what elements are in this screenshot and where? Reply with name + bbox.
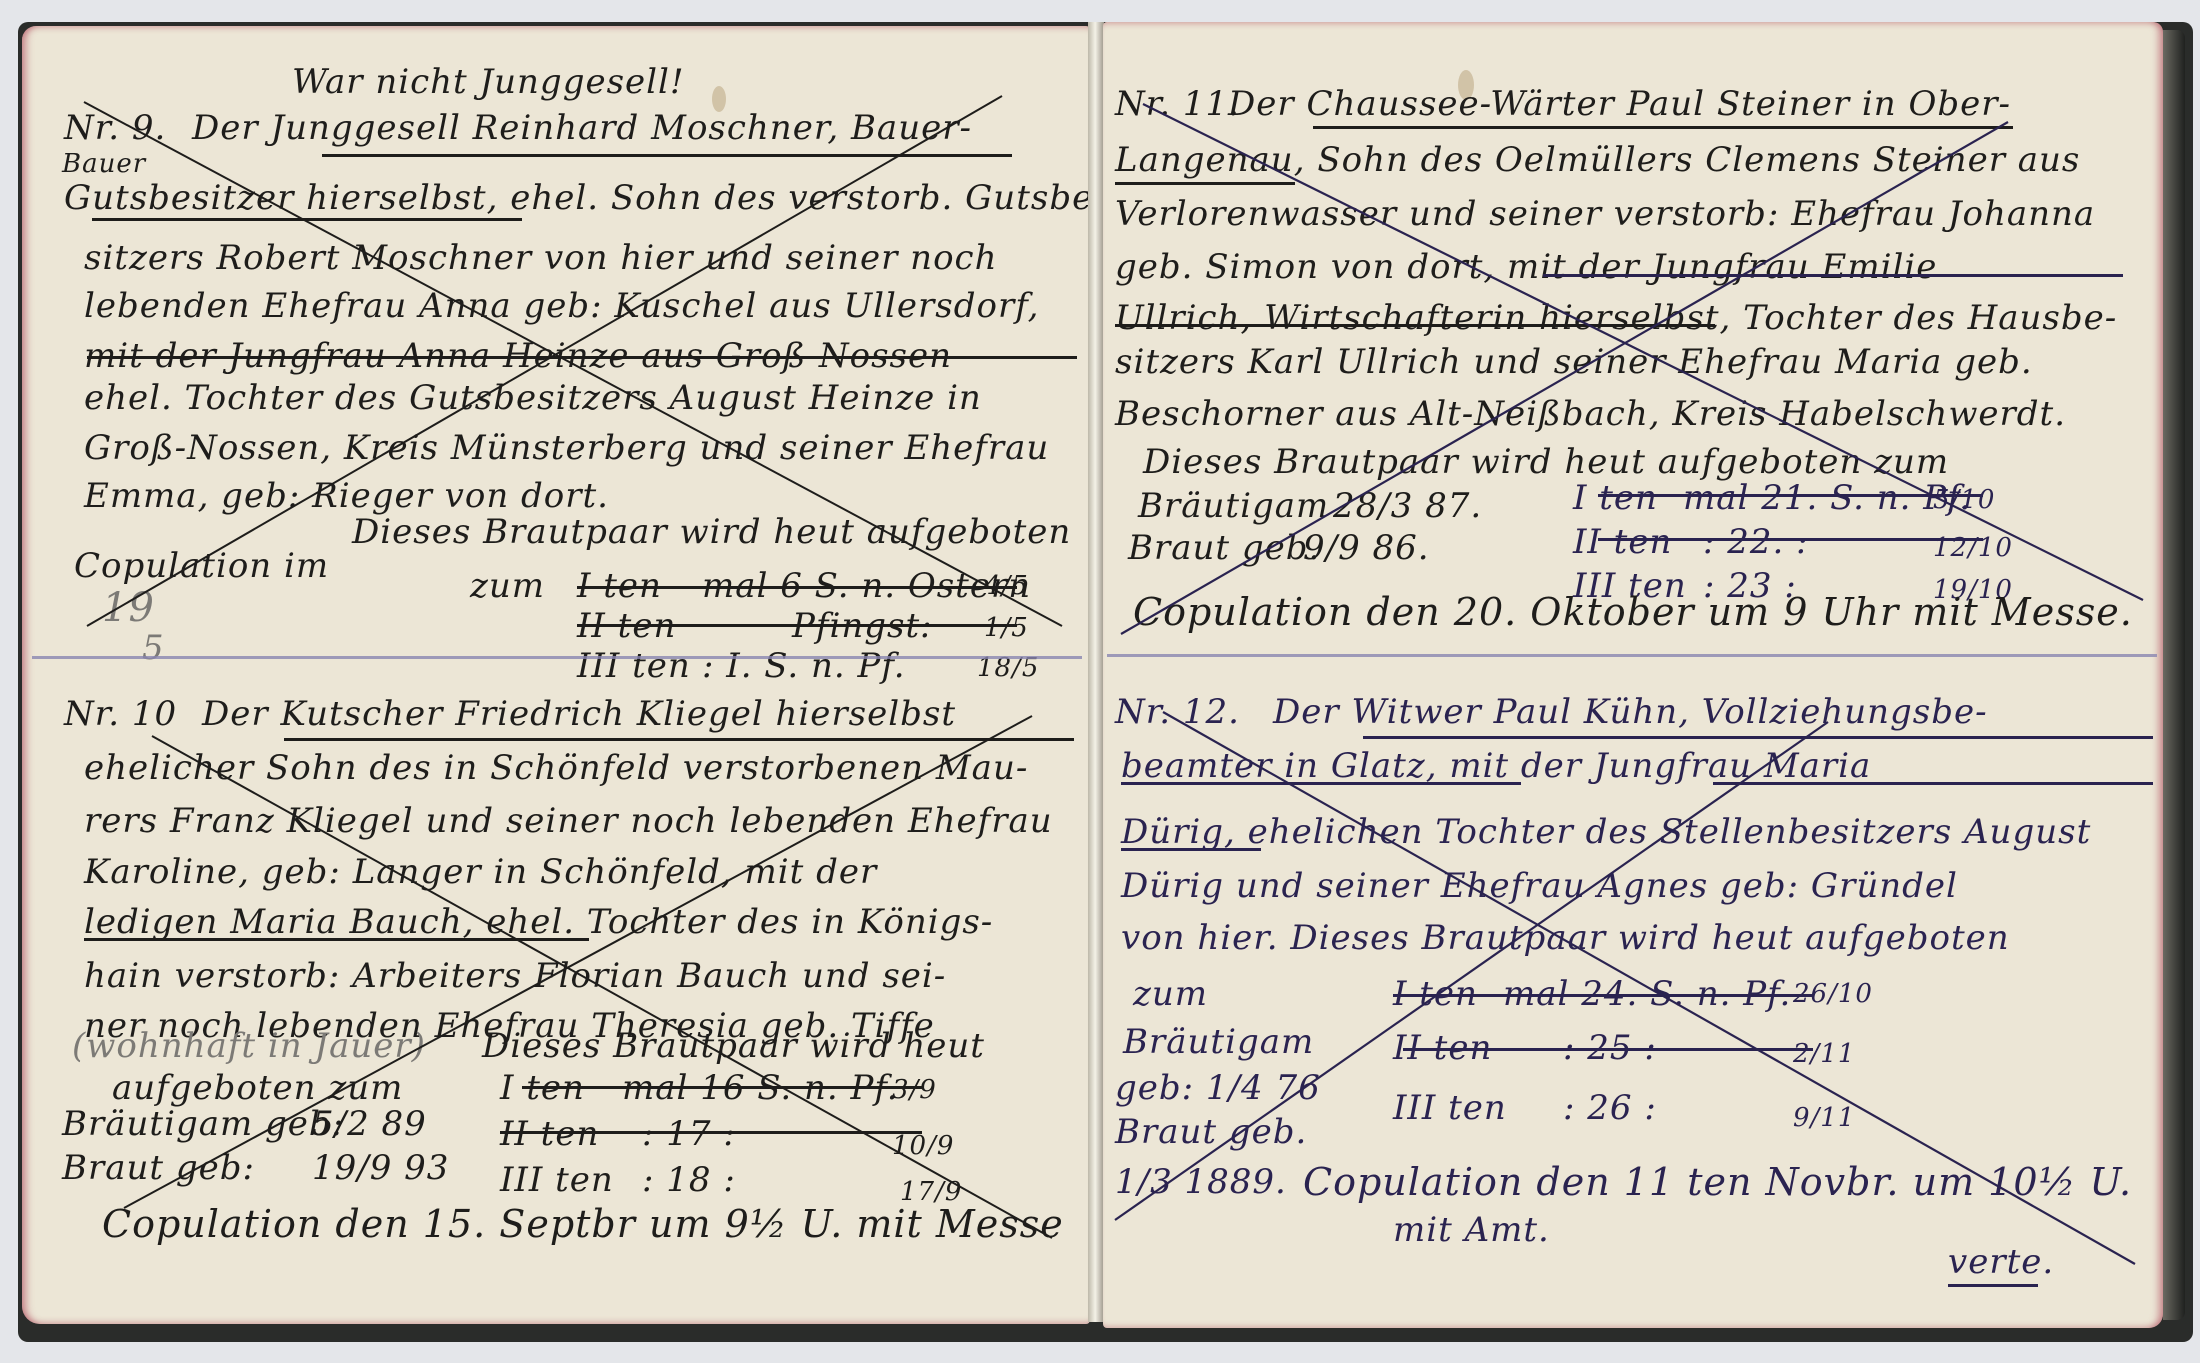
banns-ordinal: III ten	[577, 646, 691, 686]
copulation-continued: mit Amt.	[1393, 1210, 1550, 1250]
entry-line: Dürig und seiner Ehefrau Agnes geb: Grün…	[1121, 866, 1958, 906]
underline	[1713, 782, 2153, 785]
bride-birth-date: 19/9 93	[312, 1148, 449, 1188]
entry-line: Emma, geb: Rieger von dort.	[84, 476, 609, 516]
underline	[1313, 126, 2013, 129]
groom-birth-label: Bräutigam	[1138, 486, 1329, 526]
underline	[322, 154, 1012, 157]
entry-line: hain verstorb: Arbeiters Florian Bauch u…	[84, 956, 946, 996]
book-gutter	[1088, 22, 1104, 1322]
entry-line: Beschorner aus Alt-Neißbach, Kreis Habel…	[1115, 394, 2066, 434]
banns-date: 1/5	[984, 608, 1029, 648]
banns-ordinal: II ten	[500, 1114, 599, 1154]
entry-line: von hier. Dieses Brautpaar wird heut auf…	[1121, 918, 2010, 958]
entry-line: Langenau, Sohn des Oelmüllers Clemens St…	[1115, 140, 2080, 180]
entry-number: Nr. 12.	[1115, 692, 1240, 732]
entry-line: ehel. Tochter des Gutsbesitzers August H…	[84, 378, 982, 418]
entry-line: ehelicher Sohn des in Schönfeld verstorb…	[84, 748, 1028, 788]
entry-line: Verlorenwasser und seiner verstorb: Ehef…	[1115, 194, 2095, 234]
underline	[1115, 324, 1715, 327]
underline	[1543, 274, 2123, 277]
strikethrough	[1598, 494, 1983, 497]
entry-number: Nr. 10	[64, 694, 177, 734]
entry-number: Nr. 9.	[64, 108, 166, 148]
banns-ordinal: I ten	[1573, 478, 1658, 518]
entry-line: sitzers Karl Ullrich und seiner Ehefrau …	[1115, 342, 2033, 382]
entry-number: Nr. 11.	[1115, 84, 1240, 124]
banns-intro: aufgeboten zum	[112, 1068, 403, 1108]
banns-prefix: zum	[470, 566, 545, 606]
groom-birth-date: 28/3 87.	[1333, 486, 1482, 526]
strikethrough	[577, 586, 1017, 589]
copulation-month: 5	[142, 628, 165, 668]
strikethrough	[1403, 1048, 1813, 1051]
banns-text: : 18 :	[642, 1160, 736, 1200]
entry-line: Ullrich, Wirtschafterin hierselbst, Toch…	[1115, 298, 2117, 338]
groom-birth-label: Bräutigam	[1123, 1022, 1314, 1062]
underline	[1948, 1284, 2038, 1287]
entry-line: Der Junggesell Reinhard Moschner, Bauer-	[192, 108, 972, 148]
underline	[84, 938, 589, 941]
bride-birth-label: Braut geb.	[1115, 1112, 1307, 1152]
bride-birth-label: Braut geb.	[1128, 528, 1320, 568]
strikethrough	[1393, 994, 1813, 997]
underline	[92, 218, 522, 221]
banns-text: mal 21. S. n. Pf.	[1683, 478, 1971, 518]
copulation-label: Copulation im	[74, 546, 329, 586]
book-spine	[2163, 30, 2185, 1320]
bride-birth-date: 9/9 86.	[1303, 528, 1430, 568]
entry-line: sitzers Robert Moschner von hier und sei…	[84, 238, 998, 278]
entry-line: Karoline, geb: Langer in Schönfeld, mit …	[84, 852, 877, 892]
entry-line: geb. Simon von dort, mit der Jungfrau Em…	[1115, 247, 1937, 287]
underline	[87, 356, 1077, 359]
banns-prefix: zum	[1133, 974, 1208, 1014]
bride-birth-label: Braut geb:	[62, 1148, 255, 1188]
banns-text: : I. S. n. Pf.	[702, 646, 906, 686]
entry-divider	[32, 656, 1082, 659]
entry-line: ledigen Maria Bauch, ehel. Tochter des i…	[84, 902, 993, 942]
pencil-note: (wohnhaft in Jauer)	[72, 1026, 426, 1066]
entry-line: Der Kutscher Friedrich Kliegel hierselbs…	[202, 694, 956, 734]
copulation: Copulation den 15. Septbr um 9½ U. mit M…	[102, 1204, 1064, 1244]
bride-birth-date: 1/3 1889.	[1115, 1162, 1287, 1202]
banns-date: 12/10	[1933, 528, 2013, 568]
banns-intro: Dieses Brautpaar wird heut aufgeboten	[352, 512, 1071, 552]
banns-date: 3/9	[892, 1070, 937, 1110]
annotation-not-bachelor: War nicht Junggesell!	[292, 62, 685, 102]
underline	[284, 738, 1074, 741]
copulation: Copulation den 20. Oktober um 9 Uhr mit …	[1133, 592, 2133, 632]
left-page: War nicht Junggesell! Nr. 9. Bauer Der J…	[22, 26, 1090, 1324]
banns-date: 18/5	[977, 648, 1039, 688]
groom-birth-date: geb: 1/4 76	[1115, 1068, 1321, 1108]
underline	[1115, 182, 1295, 185]
banns-text: : 22. :	[1703, 522, 1809, 562]
right-page: Nr. 11. Der Chaussee-Wärter Paul Steiner…	[1103, 22, 2163, 1328]
groom-birth-date: 5/2 89	[312, 1104, 427, 1144]
strikethrough	[1598, 538, 1983, 541]
underline	[1363, 736, 2153, 739]
banns-text: : 17 :	[642, 1114, 736, 1154]
entry-line: Gutsbesitzer hierselbst, ehel. Sohn des …	[64, 178, 1090, 218]
entry-line: Der Chaussee-Wärter Paul Steiner in Ober…	[1228, 84, 2011, 124]
strikethrough	[577, 624, 1017, 627]
entry-divider	[1107, 654, 2157, 657]
entry-line: Groß-Nossen, Kreis Münsterberg und seine…	[84, 428, 1049, 468]
entry-line: lebenden Ehefrau Anna geb: Kuschel aus U…	[84, 286, 1039, 326]
underline	[1121, 848, 1261, 851]
strikethrough	[500, 1131, 922, 1134]
banns-intro: Dieses Brautpaar wird heut aufgeboten zu…	[1143, 442, 1949, 482]
banns-ordinal: III ten	[1393, 1088, 1507, 1128]
copulation: Copulation den 11 ten Novbr. um 10½ U.	[1303, 1162, 2132, 1202]
strikethrough	[522, 1086, 922, 1089]
entry-line: Dürig, ehelichen Tochter des Stellenbesi…	[1121, 812, 2091, 852]
entry-line: beamter in Glatz, mit der Jungfrau Maria	[1121, 746, 1871, 786]
underline	[1121, 782, 1521, 785]
entry-line: rers Franz Kliegel und seiner noch leben…	[84, 801, 1053, 841]
banns-intro: Dieses Brautpaar wird heut	[482, 1026, 985, 1066]
banns-date: 9/11	[1793, 1098, 1855, 1138]
banns-date: 2/11	[1793, 1034, 1855, 1074]
banns-ordinal: II ten	[1573, 522, 1672, 562]
verte-note: verte.	[1948, 1242, 2054, 1282]
banns-ordinal: III ten	[500, 1160, 614, 1200]
banns-date: 5/10	[1933, 480, 1995, 520]
copulation-day: 19	[102, 588, 155, 628]
groom-birth-label: Bräutigam geb:	[62, 1104, 344, 1144]
banns-text: : 26 :	[1563, 1088, 1657, 1128]
entry-line: Der Witwer Paul Kühn, Vollziehungsbe-	[1273, 692, 1988, 732]
